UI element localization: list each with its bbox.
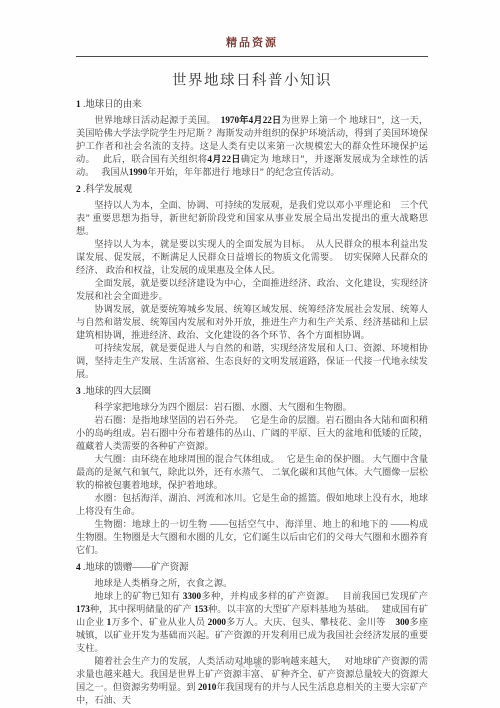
paragraph: 科学家把地球分为四个圈层：岩石圈、水圈、大气圈和生物圈。 bbox=[76, 401, 428, 414]
paragraph: 坚持以人为本，全面、协调、可持续的发展观，是我们党以邓小平理论和 三个代表” 重… bbox=[76, 199, 428, 238]
text-run: 大气圈：由环绕在地球周围的混合气体组成。 它是生命的保护圈。 大气圈中含量最高的… bbox=[76, 454, 428, 490]
text-run: 岩石圈：是指地球坚固的岩石外壳。 它是生命的层圈。岩石圈由各大陆和面积稍小的岛屿… bbox=[76, 415, 428, 451]
paragraph: 水圈：包括海洋、湖泊、河流和冰川。它是生命的摇篮。假如地球上没有水，地球上将没有… bbox=[76, 492, 428, 518]
paragraph: 协调发展，就是要统筹城乡发展、统筹区域发展、统筹经济发展社会发展、统筹人与自然和… bbox=[76, 303, 428, 342]
text-run: .地球日的由来 bbox=[81, 100, 142, 110]
text-run: 地球上的矿物已知有 bbox=[94, 591, 182, 601]
bold-number: 4月22日 bbox=[207, 154, 240, 164]
paragraph: 岩石圈：是指地球坚固的岩石外壳。 它是生命的层圈。岩石圈由各大陆和面积稍小的岛屿… bbox=[76, 414, 428, 453]
text-run: 科学家把地球分为四个圈层：岩石圈、水圈、大气圈和生物圈。 bbox=[94, 402, 351, 412]
bold-number: 1970年4月22日 bbox=[221, 115, 282, 125]
text-run: .地球的馈赠——矿产资源 bbox=[81, 563, 189, 573]
paragraph: 地球上的矿物已知有 3300多种，并构成多样的矿产资源。 目前我国已发现矿产 1… bbox=[76, 590, 428, 655]
paragraph: 可持续发展，就是要促进人与自然的和谐，实现经济发展和人口、资源、环境相协调，坚持… bbox=[76, 342, 428, 381]
bold-number: 2000 bbox=[208, 617, 226, 627]
bold-number: 1990 bbox=[129, 167, 147, 177]
text-run: 多种，并构成多样的矿产资源。 目前我国已发现矿产 bbox=[201, 591, 430, 601]
bold-number: 300 bbox=[395, 617, 409, 627]
text-run: 世界地球日活动起源于美国。 bbox=[94, 115, 220, 125]
doc-header-title: 精品资源 bbox=[76, 36, 428, 50]
doc-footer: 欢下载 bbox=[0, 659, 500, 670]
text-run: 地球是人类栖身之所，衣食之源。 bbox=[94, 578, 232, 588]
bold-number: 173 bbox=[76, 604, 90, 614]
text-run: .地球的四大层圈 bbox=[81, 387, 151, 397]
section-heading: 3 .地球的四大层圈 bbox=[76, 386, 428, 399]
paragraph: 世界地球日活动起源于美国。 1970年4月22日为世界上第一个 地球日”，这一天… bbox=[76, 114, 428, 179]
bold-number: 2010 bbox=[198, 682, 216, 692]
paragraph: 生物圈：地球上的一切生物 ——包括空气中、海洋里、地上的和地下的 ——构成生物圈… bbox=[76, 518, 428, 557]
paragraph: 坚持以人为本，就是要以实现人的全面发展为目标。 从人民群众的根本利益出发谋发展、… bbox=[76, 238, 428, 277]
bold-number: 153 bbox=[194, 604, 208, 614]
bold-number: 3300 bbox=[183, 591, 201, 601]
text-run: .科学发展观 bbox=[81, 185, 133, 195]
text-run: 万多个、矿业从业人员 bbox=[111, 617, 207, 627]
header-rule bbox=[76, 56, 428, 57]
document-page: 精品资源 世界地球日科普小知识 1 .地球日的由来世界地球日活动起源于美国。 1… bbox=[0, 0, 500, 708]
text-run: 年开始，年年都进行 地球日” 的纪念宣传活动。 bbox=[147, 167, 339, 177]
text-run: 坚持以人为本，就是要以实现人的全面发展为目标。 从人民群众的根本利益出发谋发展、… bbox=[76, 239, 428, 275]
page-title: 世界地球日科普小知识 bbox=[76, 69, 428, 90]
section-heading: 4 .地球的馈赠——矿产资源 bbox=[76, 562, 428, 575]
section-heading: 1 .地球日的由来 bbox=[76, 99, 428, 112]
text-run: 多万人。大庆、包头、攀枝花、金川等 bbox=[226, 617, 395, 627]
text-run: 水圈：包括海洋、湖泊、河流和冰川。它是生命的摇篮。假如地球上没有水，地球上将没有… bbox=[76, 493, 428, 516]
text-run: 可持续发展，就是要促进人与自然的和谐，实现经济发展和人口、资源、环境相协调，坚持… bbox=[76, 343, 428, 379]
text-run: 协调发展，就是要统筹城乡发展、统筹区域发展、统筹经济发展社会发展、统筹人与自然和… bbox=[76, 304, 428, 340]
paragraph: 大气圈：由环绕在地球周围的混合气体组成。 它是生命的保护圈。 大气圈中含量最高的… bbox=[76, 453, 428, 492]
text-run: 全面发展，就是要以经济建设为中心，全面推进经济、政治、文化建设，实现经济发展和社… bbox=[76, 278, 428, 301]
text-run: 种，其中探明储量的矿产 bbox=[90, 604, 194, 614]
paragraph: 地球是人类栖身之所，衣食之源。 bbox=[76, 577, 428, 590]
paragraph: 全面发展，就是要以经济建设为中心，全面推进经济、政治、文化建设，实现经济发展和社… bbox=[76, 277, 428, 303]
section-heading: 2 .科学发展观 bbox=[76, 184, 428, 197]
text-run: 坚持以人为本，全面、协调、可持续的发展观，是我们党以邓小平理论和 三个代表” 重… bbox=[76, 200, 428, 236]
text-run: 生物圈：地球上的一切生物 ——包括空气中、海洋里、地上的和地下的 ——构成生物圈… bbox=[76, 519, 428, 555]
document-sections: 1 .地球日的由来世界地球日活动起源于美国。 1970年4月22日为世界上第一个… bbox=[76, 99, 428, 707]
